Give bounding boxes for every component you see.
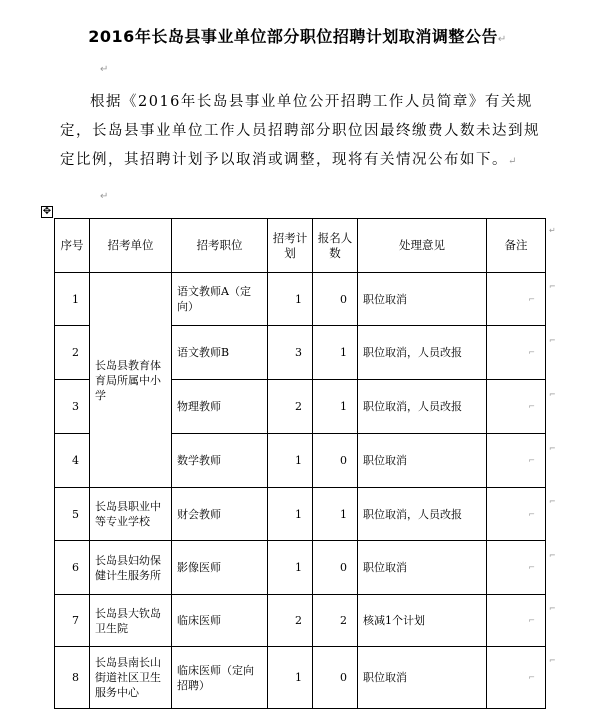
cell-plan: 1 bbox=[268, 647, 313, 709]
cell-unit: 长岛县妇幼保健计生服务所 bbox=[90, 541, 172, 595]
paragraph-mark-icon: ↵ bbox=[498, 34, 507, 45]
cell-position: 临床医师 bbox=[172, 595, 268, 647]
cell-position: 临床医师（定向招聘） bbox=[172, 647, 268, 709]
cell-action: 职位取消 bbox=[358, 273, 487, 326]
cell-unit: 长岛县教育体育局所属中小学 bbox=[90, 273, 172, 488]
cell-note: ⌐ bbox=[487, 434, 546, 488]
cell-no: 8 bbox=[55, 647, 90, 709]
header-no: 序号 bbox=[55, 219, 90, 273]
cell-applicants: 1 bbox=[313, 326, 358, 380]
cell-action: 职位取消，人员改报 bbox=[358, 380, 487, 434]
cell-no: 1 bbox=[55, 273, 90, 326]
cell-applicants: 0 bbox=[313, 647, 358, 709]
table-move-handle-icon[interactable]: ✥ bbox=[41, 206, 53, 218]
row-end-mark-icon: ⌐ bbox=[549, 444, 556, 453]
cell-applicants: 2 bbox=[313, 595, 358, 647]
row-end-mark-icon: ↵ bbox=[549, 226, 556, 235]
title-text: 2016年长岛县事业单位部分职位招聘计划取消调整公告 bbox=[88, 27, 498, 46]
cell-action: 职位取消 bbox=[358, 647, 487, 709]
cell-applicants: 1 bbox=[313, 488, 358, 541]
cell-no: 4 bbox=[55, 434, 90, 488]
cell-plan: 2 bbox=[268, 595, 313, 647]
paragraph-text: 根据《2016年长岛县事业单位公开招聘工作人员简章》有关规定，长岛县事业单位工作… bbox=[60, 94, 540, 168]
paragraph-mark-icon: ↵ bbox=[508, 156, 518, 167]
cell-action: 职位取消，人员改报 bbox=[358, 488, 487, 541]
cell-no: 6 bbox=[55, 541, 90, 595]
table-row: 7 长岛县大钦岛卫生院 临床医师 2 2 核减1个计划 ⌐ bbox=[55, 595, 546, 647]
table-row: 1 长岛县教育体育局所属中小学 语文教师A（定向） 1 0 职位取消 ⌐ bbox=[55, 273, 546, 326]
cell-unit: 长岛县职业中等专业学校 bbox=[90, 488, 172, 541]
row-end-mark-icon: ⌐ bbox=[549, 390, 556, 399]
cell-plan: 2 bbox=[268, 380, 313, 434]
cell-note: ⌐ bbox=[487, 647, 546, 709]
cell-position: 财会教师 bbox=[172, 488, 268, 541]
cell-position: 语文教师B bbox=[172, 326, 268, 380]
announcement-paragraph: 根据《2016年长岛县事业单位公开招聘工作人员简章》有关规定，长岛县事业单位工作… bbox=[60, 88, 550, 176]
cell-note: ⌐ bbox=[487, 326, 546, 380]
cell-action: 职位取消 bbox=[358, 434, 487, 488]
cell-plan: 1 bbox=[268, 434, 313, 488]
cell-action: 核减1个计划 bbox=[358, 595, 487, 647]
cell-unit: 长岛县大钦岛卫生院 bbox=[90, 595, 172, 647]
row-end-mark-icon: ⌐ bbox=[549, 656, 556, 665]
cell-action: 职位取消 bbox=[358, 541, 487, 595]
cell-note: ⌐ bbox=[487, 595, 546, 647]
table-row: 6 长岛县妇幼保健计生服务所 影像医师 1 0 职位取消 ⌐ bbox=[55, 541, 546, 595]
cell-no: 7 bbox=[55, 595, 90, 647]
cell-note: ⌐ bbox=[487, 488, 546, 541]
row-end-mark-icon: ⌐ bbox=[549, 604, 556, 613]
cell-position: 影像医师 bbox=[172, 541, 268, 595]
cell-plan: 1 bbox=[268, 541, 313, 595]
paragraph-mark-icon: ↵ bbox=[100, 64, 108, 75]
cell-plan: 1 bbox=[268, 273, 313, 326]
row-end-mark-icon: ⌐ bbox=[549, 282, 556, 291]
cell-note: ⌐ bbox=[487, 273, 546, 326]
cell-plan: 3 bbox=[268, 326, 313, 380]
row-end-mark-icon: ⌐ bbox=[549, 551, 556, 560]
cell-applicants: 0 bbox=[313, 434, 358, 488]
cell-no: 2 bbox=[55, 326, 90, 380]
cell-position: 物理教师 bbox=[172, 380, 268, 434]
row-end-mark-icon: ⌐ bbox=[549, 497, 556, 506]
header-position: 招考职位 bbox=[172, 219, 268, 273]
cell-action: 职位取消，人员改报 bbox=[358, 326, 487, 380]
paragraph-mark-icon: ↵ bbox=[100, 191, 108, 202]
cell-note: ⌐ bbox=[487, 380, 546, 434]
header-plan: 招考计划 bbox=[268, 219, 313, 273]
cell-applicants: 0 bbox=[313, 273, 358, 326]
cell-no: 3 bbox=[55, 380, 90, 434]
cell-unit: 长岛县南长山街道社区卫生服务中心 bbox=[90, 647, 172, 709]
cell-applicants: 0 bbox=[313, 541, 358, 595]
cell-plan: 1 bbox=[268, 488, 313, 541]
document-title: 2016年长岛县事业单位部分职位招聘计划取消调整公告↵ bbox=[0, 24, 595, 47]
header-note: 备注 bbox=[487, 219, 546, 273]
row-end-mark-icon: ⌐ bbox=[549, 336, 556, 345]
cell-position: 数学教师 bbox=[172, 434, 268, 488]
header-action: 处理意见 bbox=[358, 219, 487, 273]
cell-note: ⌐ bbox=[487, 541, 546, 595]
cell-no: 5 bbox=[55, 488, 90, 541]
table-header-row: 序号 招考单位 招考职位 招考计划 报名人数 处理意见 备注 bbox=[55, 219, 546, 273]
header-applicants: 报名人数 bbox=[313, 219, 358, 273]
cell-applicants: 1 bbox=[313, 380, 358, 434]
recruitment-adjustment-table: 序号 招考单位 招考职位 招考计划 报名人数 处理意见 备注 1 长岛县教育体育… bbox=[54, 218, 546, 709]
table-row: 8 长岛县南长山街道社区卫生服务中心 临床医师（定向招聘） 1 0 职位取消 ⌐ bbox=[55, 647, 546, 709]
table-row: 5 长岛县职业中等专业学校 财会教师 1 1 职位取消，人员改报 ⌐ bbox=[55, 488, 546, 541]
cell-position: 语文教师A（定向） bbox=[172, 273, 268, 326]
header-unit: 招考单位 bbox=[90, 219, 172, 273]
